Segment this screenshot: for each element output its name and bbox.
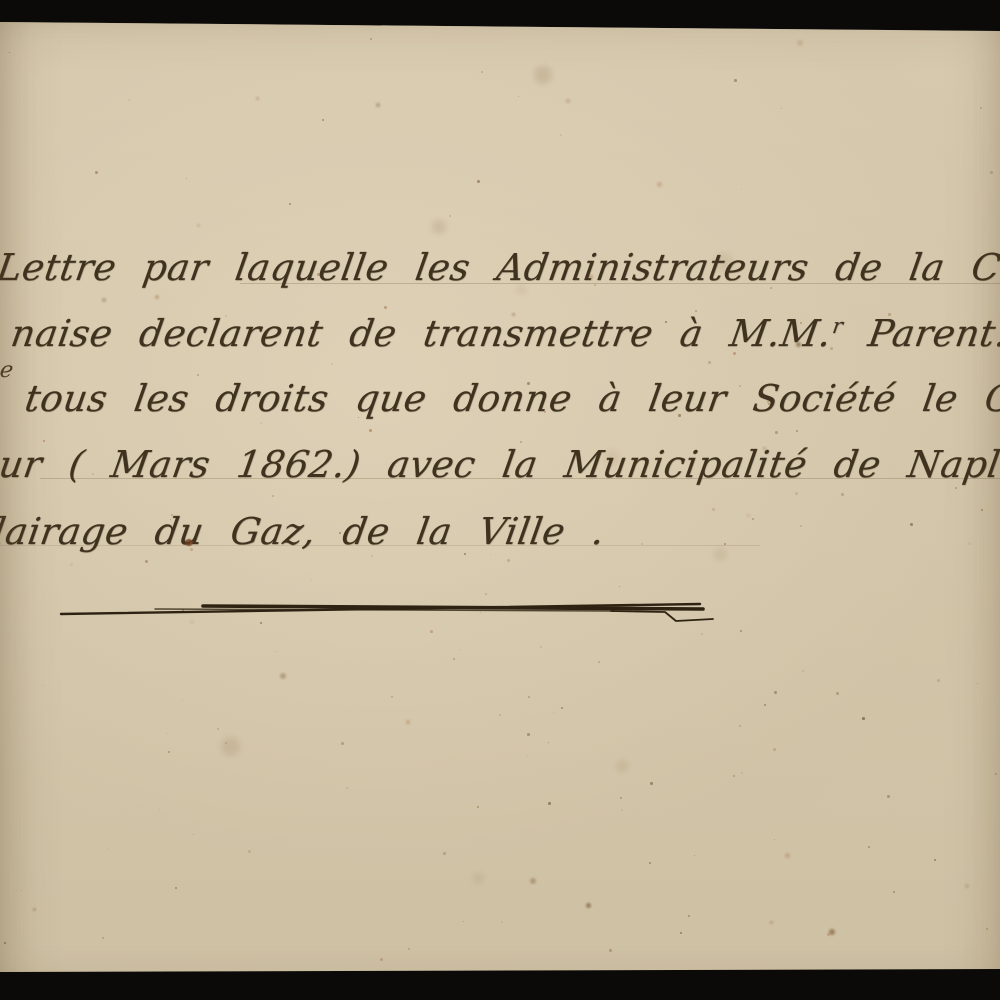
ink-spot <box>185 539 193 546</box>
handwritten-line-2: naise declarent de transmettre à M.M.r P… <box>8 312 1000 355</box>
handwritten-line-3: tous les droits que donne à leur Société… <box>22 377 1000 420</box>
handwritten-fragment: e <box>0 358 15 383</box>
line2-text-a: naise declarent de transmettre à M.M. <box>8 312 835 355</box>
handwritten-line-4: ur ( Mars 1862.) avec la Municipalité de… <box>0 443 1000 486</box>
line2-text-b: Parent. <box>838 312 1000 355</box>
handwritten-line-5: lairage du Gaz, de la Ville . <box>0 510 608 553</box>
handwritten-line-1: Lettre par laquelle les Administrateurs … <box>0 246 1000 289</box>
paper-card: Lettre par laquelle les Administrateurs … <box>0 0 1000 1000</box>
flourish-rule <box>55 592 715 632</box>
scanned-photo: Lettre par laquelle les Administrateurs … <box>0 0 1000 1000</box>
